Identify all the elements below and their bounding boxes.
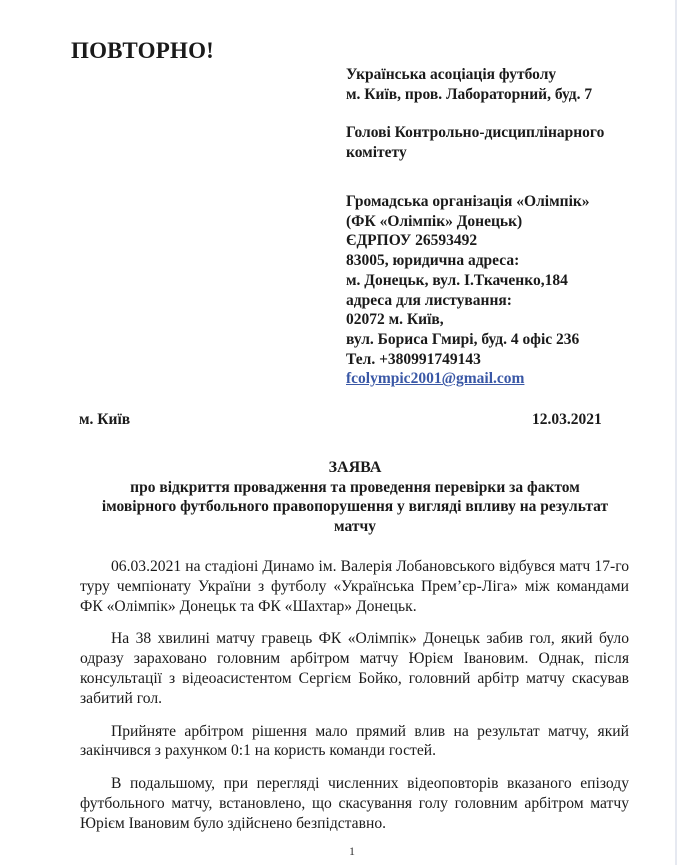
statement-subtitle-line-1: про відкриття провадження та проведення …: [80, 478, 630, 498]
recipient-organization: Українська асоціація футболу м. Київ, пр…: [346, 65, 592, 104]
page-number: 1: [349, 844, 355, 859]
document-date: 12.03.2021: [532, 411, 602, 429]
recipient-org-name: Українська асоціація футболу: [346, 65, 592, 85]
statement-body: 06.03.2021 на стадіоні Динамо ім. Валері…: [80, 557, 629, 847]
recipient-person-line-2: комітету: [346, 143, 604, 163]
sender-mailing-address-label: адреса для листування:: [346, 291, 590, 311]
sender-mailing-street: вул. Бориса Гмирі, буд. 4 офіс 236: [346, 330, 590, 350]
sender-details: Громадська організація «Олімпік» (ФК «Ол…: [346, 192, 590, 389]
sender-club-name: (ФК «Олімпік» Донецьк): [346, 212, 590, 232]
body-paragraph: Прийняте арбітром рішення мало прямий вл…: [80, 722, 629, 762]
statement-subtitle-line-3: матчу: [80, 517, 630, 537]
statement-subtitle-line-2: імовірного футбольного правопорушення у …: [80, 497, 630, 517]
statement-title: ЗАЯВА: [80, 458, 630, 478]
repeat-mark-heading: ПОВТОРНО!: [71, 38, 214, 64]
sender-legal-address-label: 83005, юридична адреса:: [346, 251, 590, 271]
statement-heading: ЗАЯВА про відкриття провадження та прове…: [80, 458, 630, 536]
sender-phone: Тел. +380991749143: [346, 350, 590, 370]
page-edge-divider: [675, 0, 677, 865]
sender-org-name: Громадська організація «Олімпік»: [346, 192, 590, 212]
recipient-addressee: Голові Контрольно-дисциплінарного коміте…: [346, 123, 604, 162]
recipient-person-line-1: Голові Контрольно-дисциплінарного: [346, 123, 604, 143]
body-paragraph: На 38 хвилині матчу гравець ФК «Олімпік»…: [80, 629, 629, 708]
sender-mailing-city: 02072 м. Київ,: [346, 310, 590, 330]
sender-email-link[interactable]: fcolympic2001@gmail.com: [346, 369, 590, 389]
document-place: м. Київ: [79, 411, 130, 429]
sender-legal-address: м. Донецьк, вул. І.Ткаченко,184: [346, 271, 590, 291]
sender-edrpou: ЄДРПОУ 26593492: [346, 231, 590, 251]
body-paragraph: В подальшому, при перегляді численних ві…: [80, 774, 629, 833]
recipient-org-address: м. Київ, пров. Лабораторний, буд. 7: [346, 85, 592, 105]
body-paragraph: 06.03.2021 на стадіоні Динамо ім. Валері…: [80, 557, 629, 616]
